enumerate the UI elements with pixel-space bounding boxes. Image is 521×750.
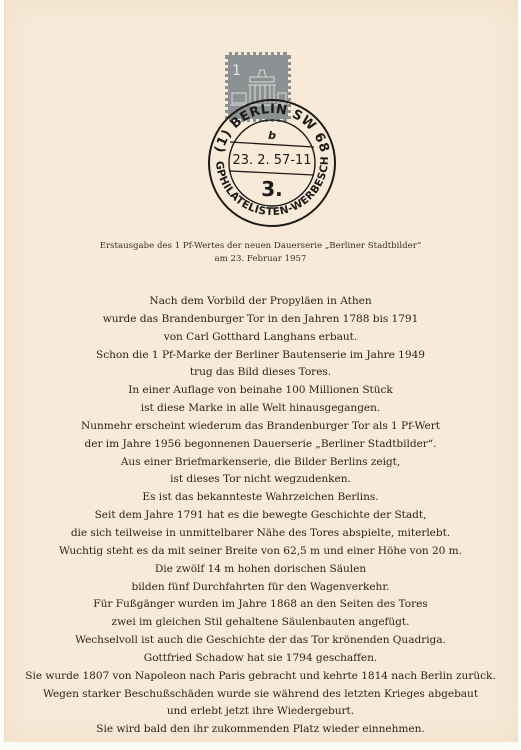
caption-date: am 23. Februar 1957 xyxy=(0,253,521,266)
body-line: Wechselvoll ist auch die Geschichte der … xyxy=(0,632,521,650)
body-line: ist diese Marke in alle Welt hinausgegan… xyxy=(0,400,521,418)
body-line: In einer Auflage von beinahe 100 Million… xyxy=(0,382,521,400)
body-line: die sich teilweise in unmittelbarer Nähe… xyxy=(0,525,521,543)
caption-line: Erstausgabe des 1 Pf-Wertes der neuen Da… xyxy=(0,240,521,253)
body-line: Seit dem Jahre 1791 hat es die bewegte G… xyxy=(0,507,521,525)
body-line: Es ist das bekannteste Wahrzeichen Berli… xyxy=(0,489,521,507)
svg-text:23. 2. 57-11: 23. 2. 57-11 xyxy=(232,153,311,168)
body-line: Nach dem Vorbild der Propyläen in Athen xyxy=(0,293,521,311)
body-line: von Carl Gotthard Langhans erbaut. xyxy=(0,329,521,347)
body-line: trug das Bild dieses Tores. xyxy=(0,364,521,382)
body-line: wurde das Brandenburger Tor in den Jahre… xyxy=(0,311,521,329)
body-line: zwei im gleichen Stil gehaltene Säulenba… xyxy=(0,614,521,632)
body-line: Sie wird bald den ihr zukommenden Platz … xyxy=(0,721,521,739)
issue-caption: Erstausgabe des 1 Pf-Wertes der neuen Da… xyxy=(0,240,521,265)
body-line: Sie wurde 1807 von Napoleon nach Paris g… xyxy=(0,668,521,686)
svg-text:1: 1 xyxy=(232,63,241,79)
body-line: und erlebt jetzt ihre Wiedergeburt. xyxy=(0,703,521,721)
body-line: Gottfried Schadow hat sie 1794 geschaffe… xyxy=(0,650,521,668)
body-line: Wegen starker Beschußschäden wurde sie w… xyxy=(0,686,521,704)
page-edge xyxy=(0,742,521,750)
postmark-cancellation: (1) BERLIN SW 68 JUNGPHILATELISTEN-WERBE… xyxy=(206,97,338,229)
body-line: Wuchtig steht es da mit seiner Breite vo… xyxy=(0,543,521,561)
body-line: Nunmehr erscheint wiederum das Brandenbu… xyxy=(0,418,521,436)
body-line: bilden fünf Durchfahrten für den Wagenve… xyxy=(0,579,521,597)
body-line: Für Fußgänger wurden im Jahre 1868 an de… xyxy=(0,596,521,614)
body-line: der im Jahre 1956 begonnenen Dauerserie … xyxy=(0,436,521,454)
svg-text:b: b xyxy=(268,129,276,142)
body-line: Die zwölf 14 m hohen dorischen Säulen xyxy=(0,561,521,579)
body-line: Aus einer Briefmarkenserie, die Bilder B… xyxy=(0,454,521,472)
body-line: Schon die 1 Pf-Marke der Berliner Bauten… xyxy=(0,347,521,365)
svg-text:3.: 3. xyxy=(261,177,283,201)
body-line: ist dieses Tor nicht wegzudenken. xyxy=(0,471,521,489)
body-text: Nach dem Vorbild der Propyläen in Athenw… xyxy=(0,293,521,739)
